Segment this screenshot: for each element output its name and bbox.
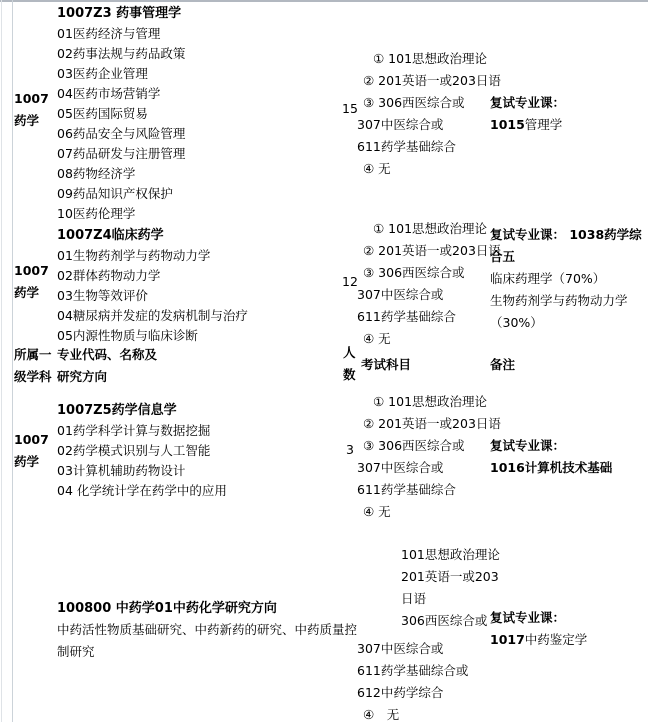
remark-course-name: 中药鉴定学 xyxy=(525,632,588,647)
left-inner-gridline xyxy=(12,0,13,722)
discipline-code: 1007 xyxy=(14,88,49,110)
discipline-cell-row1: 1007 药学 xyxy=(14,88,49,132)
discipline-name: 药学 xyxy=(14,451,49,473)
exam-subject-line: ② 201英语一或203日语 xyxy=(363,240,501,262)
direction-line: 05内源性物质与临床诊断 xyxy=(57,326,248,346)
exam-subject-line: ④ 无 xyxy=(363,501,501,523)
discipline-code: 1007 xyxy=(14,429,49,451)
direction-line: 06药品安全与风险管理 xyxy=(57,124,185,144)
discipline-name: 药学 xyxy=(14,110,49,132)
direction-line: 02药事法规与药品政策 xyxy=(57,44,185,64)
header-exam-subjects: 考试科目 xyxy=(361,354,411,376)
exam-subject-line: 日语 xyxy=(401,588,500,610)
remark-label: 复试专业课： xyxy=(490,435,648,457)
remark-course-code: 1015 xyxy=(490,117,525,132)
discipline-cell-row3: 1007 药学 xyxy=(14,429,49,473)
header-discipline: 所属一级学科 xyxy=(14,344,58,388)
research-directions-1007Z3: 01医药经济与管理02药事法规与药品政策03医药企业管理04医药市场营销学05医… xyxy=(57,24,185,224)
exam-subject-line: ② 201英语一或203日语 xyxy=(363,70,501,92)
exam-subject-line: 611药学基础综合 xyxy=(357,306,501,328)
direction-line: 05医药国际贸易 xyxy=(57,104,185,124)
exam-subjects-row2: ① 101思想政治理论② 201英语一或203日语③ 306西医综合或307中医… xyxy=(357,218,501,350)
exam-subject-line: 307中医综合或 xyxy=(357,457,501,479)
direction-line: 01医药经济与管理 xyxy=(57,24,185,44)
remark-cell-row4: 复试专业课： 1017中药鉴定学 xyxy=(490,607,648,651)
remark-course-code: 1016 xyxy=(490,460,525,475)
direction-line: 07药品研发与注册管理 xyxy=(57,144,185,164)
exam-subject-line: ③ 306西医综合或 xyxy=(363,92,501,114)
exam-subject-line: 611药学基础综合或 xyxy=(357,660,500,682)
remark-course-code: 1017 xyxy=(490,632,525,647)
exam-subject-line: ② 201英语一或203日语 xyxy=(363,413,501,435)
exam-subject-line: 611药学基础综合 xyxy=(357,479,501,501)
discipline-code: 1007 xyxy=(14,260,49,282)
research-directions-1007Z4: 01生物药剂学与药物动力学02群体药物动力学03生物等效评价04糖尿病并发症的发… xyxy=(57,246,248,346)
exam-subject-line: 306西医综合或 xyxy=(401,610,500,632)
remark-line: 生物药剂学与药物动力学（30%） xyxy=(490,290,648,334)
remark-cell-row3: 复试专业课： 1016计算机技术基础 xyxy=(490,435,648,479)
discipline-cell-row2: 1007 药学 xyxy=(14,260,49,304)
exam-subjects-row3: ① 101思想政治理论② 201英语一或203日语③ 306西医综合或307中医… xyxy=(357,391,501,523)
direction-line: 08药物经济学 xyxy=(57,164,185,184)
remark-label: 复试专业课： xyxy=(490,92,648,114)
remark-cell-row1: 复试专业课： 1015管理学 xyxy=(490,92,648,136)
research-directions-1007Z5: 01药学科学计算与数据挖掘02药学模式识别与人工智能03计算机辅助药物设计04 … xyxy=(57,421,227,501)
direction-line: 01药学科学计算与数据挖掘 xyxy=(57,421,227,441)
direction-line: 01生物药剂学与药物动力学 xyxy=(57,246,248,266)
exam-subject-line: 307中医综合或 xyxy=(357,284,501,306)
remark-course-name: 管理学 xyxy=(525,117,563,132)
direction-line: 02药学模式识别与人工智能 xyxy=(57,441,227,461)
exam-subject-line: ④ 无 xyxy=(363,704,500,722)
exam-subjects-row4: 101思想政治理论201英语一或203日语306西医综合或307中医综合或611… xyxy=(357,544,500,722)
remark-detail-lines: 临床药理学（70%）生物药剂学与药物动力学（30%） xyxy=(490,268,648,334)
remark-cell-row2: 复试专业课： 1038药学综合五 临床药理学（70%）生物药剂学与药物动力学（3… xyxy=(490,224,648,334)
left-outer-gridline xyxy=(1,0,2,722)
exam-subject-line: 611药学基础综合 xyxy=(357,136,501,158)
program-title-1007Z3: 1007Z3 药事管理学 xyxy=(57,4,181,24)
remark-course: 1016计算机技术基础 xyxy=(490,457,648,479)
remark-course-name: 计算机技术基础 xyxy=(525,460,613,475)
direction-line: 03医药企业管理 xyxy=(57,64,185,84)
header-count: 人数 xyxy=(343,342,358,386)
exam-subject-line: 612中药学综合 xyxy=(357,682,500,704)
program-title-1007Z5: 1007Z5药学信息学 xyxy=(57,401,177,421)
exam-subjects-row1: ① 101思想政治理论② 201英语一或203日语③ 306西医综合或307中医… xyxy=(357,48,501,180)
header-remark: 备注 xyxy=(490,354,515,376)
exam-subject-line: ① 101思想政治理论 xyxy=(373,218,501,240)
exam-subject-line: ① 101思想政治理论 xyxy=(373,391,501,413)
exam-subject-line: 201英语一或203 xyxy=(401,566,500,588)
discipline-name: 药学 xyxy=(14,282,49,304)
remark-label: 复试专业课： xyxy=(490,607,648,629)
program-description-100800: 中药活性物质基础研究、中药新药的研究、中药质量控制研究 xyxy=(57,619,359,663)
direction-line: 03计算机辅助药物设计 xyxy=(57,461,227,481)
exam-subject-line: ③ 306西医综合或 xyxy=(363,435,501,457)
exam-subject-line: 307中医综合或 xyxy=(357,638,500,660)
exam-subject-line: ④ 无 xyxy=(363,158,501,180)
direction-line: 04医药市场营销学 xyxy=(57,84,185,104)
header-major-code: 专业代码、名称及研究方向 xyxy=(57,344,163,388)
direction-line: 04糖尿病并发症的发病机制与治疗 xyxy=(57,306,248,326)
exam-subject-line: 307中医综合或 xyxy=(357,114,501,136)
direction-line: 10医药伦理学 xyxy=(57,204,185,224)
exam-subject-line: 101思想政治理论 xyxy=(401,544,500,566)
direction-line: 03生物等效评价 xyxy=(57,286,248,306)
exam-subject-line: ③ 306西医综合或 xyxy=(363,262,501,284)
admissions-table: 所属一级学科 专业代码、名称及研究方向 人数 考试科目 备注 1007Z3 药事… xyxy=(0,0,648,722)
top-border-line xyxy=(0,0,648,2)
program-title-1007Z4: 1007Z4临床药学 xyxy=(57,226,164,246)
direction-line: 02群体药物动力学 xyxy=(57,266,248,286)
program-title-100800: 100800 中药学01中药化学研究方向 xyxy=(57,597,277,616)
exam-subject-line: ④ 无 xyxy=(363,328,501,350)
remark-course: 1015管理学 xyxy=(490,114,648,136)
exam-subject-line: ① 101思想政治理论 xyxy=(373,48,501,70)
remark-line: 临床药理学（70%） xyxy=(490,268,648,290)
remark-course: 1017中药鉴定学 xyxy=(490,629,648,651)
direction-line: 09药品知识产权保护 xyxy=(57,184,185,204)
remark-course-bold: 复试专业课： 1038药学综合五 xyxy=(490,224,648,268)
direction-line: 04 化学统计学在药学中的应用 xyxy=(57,481,227,501)
